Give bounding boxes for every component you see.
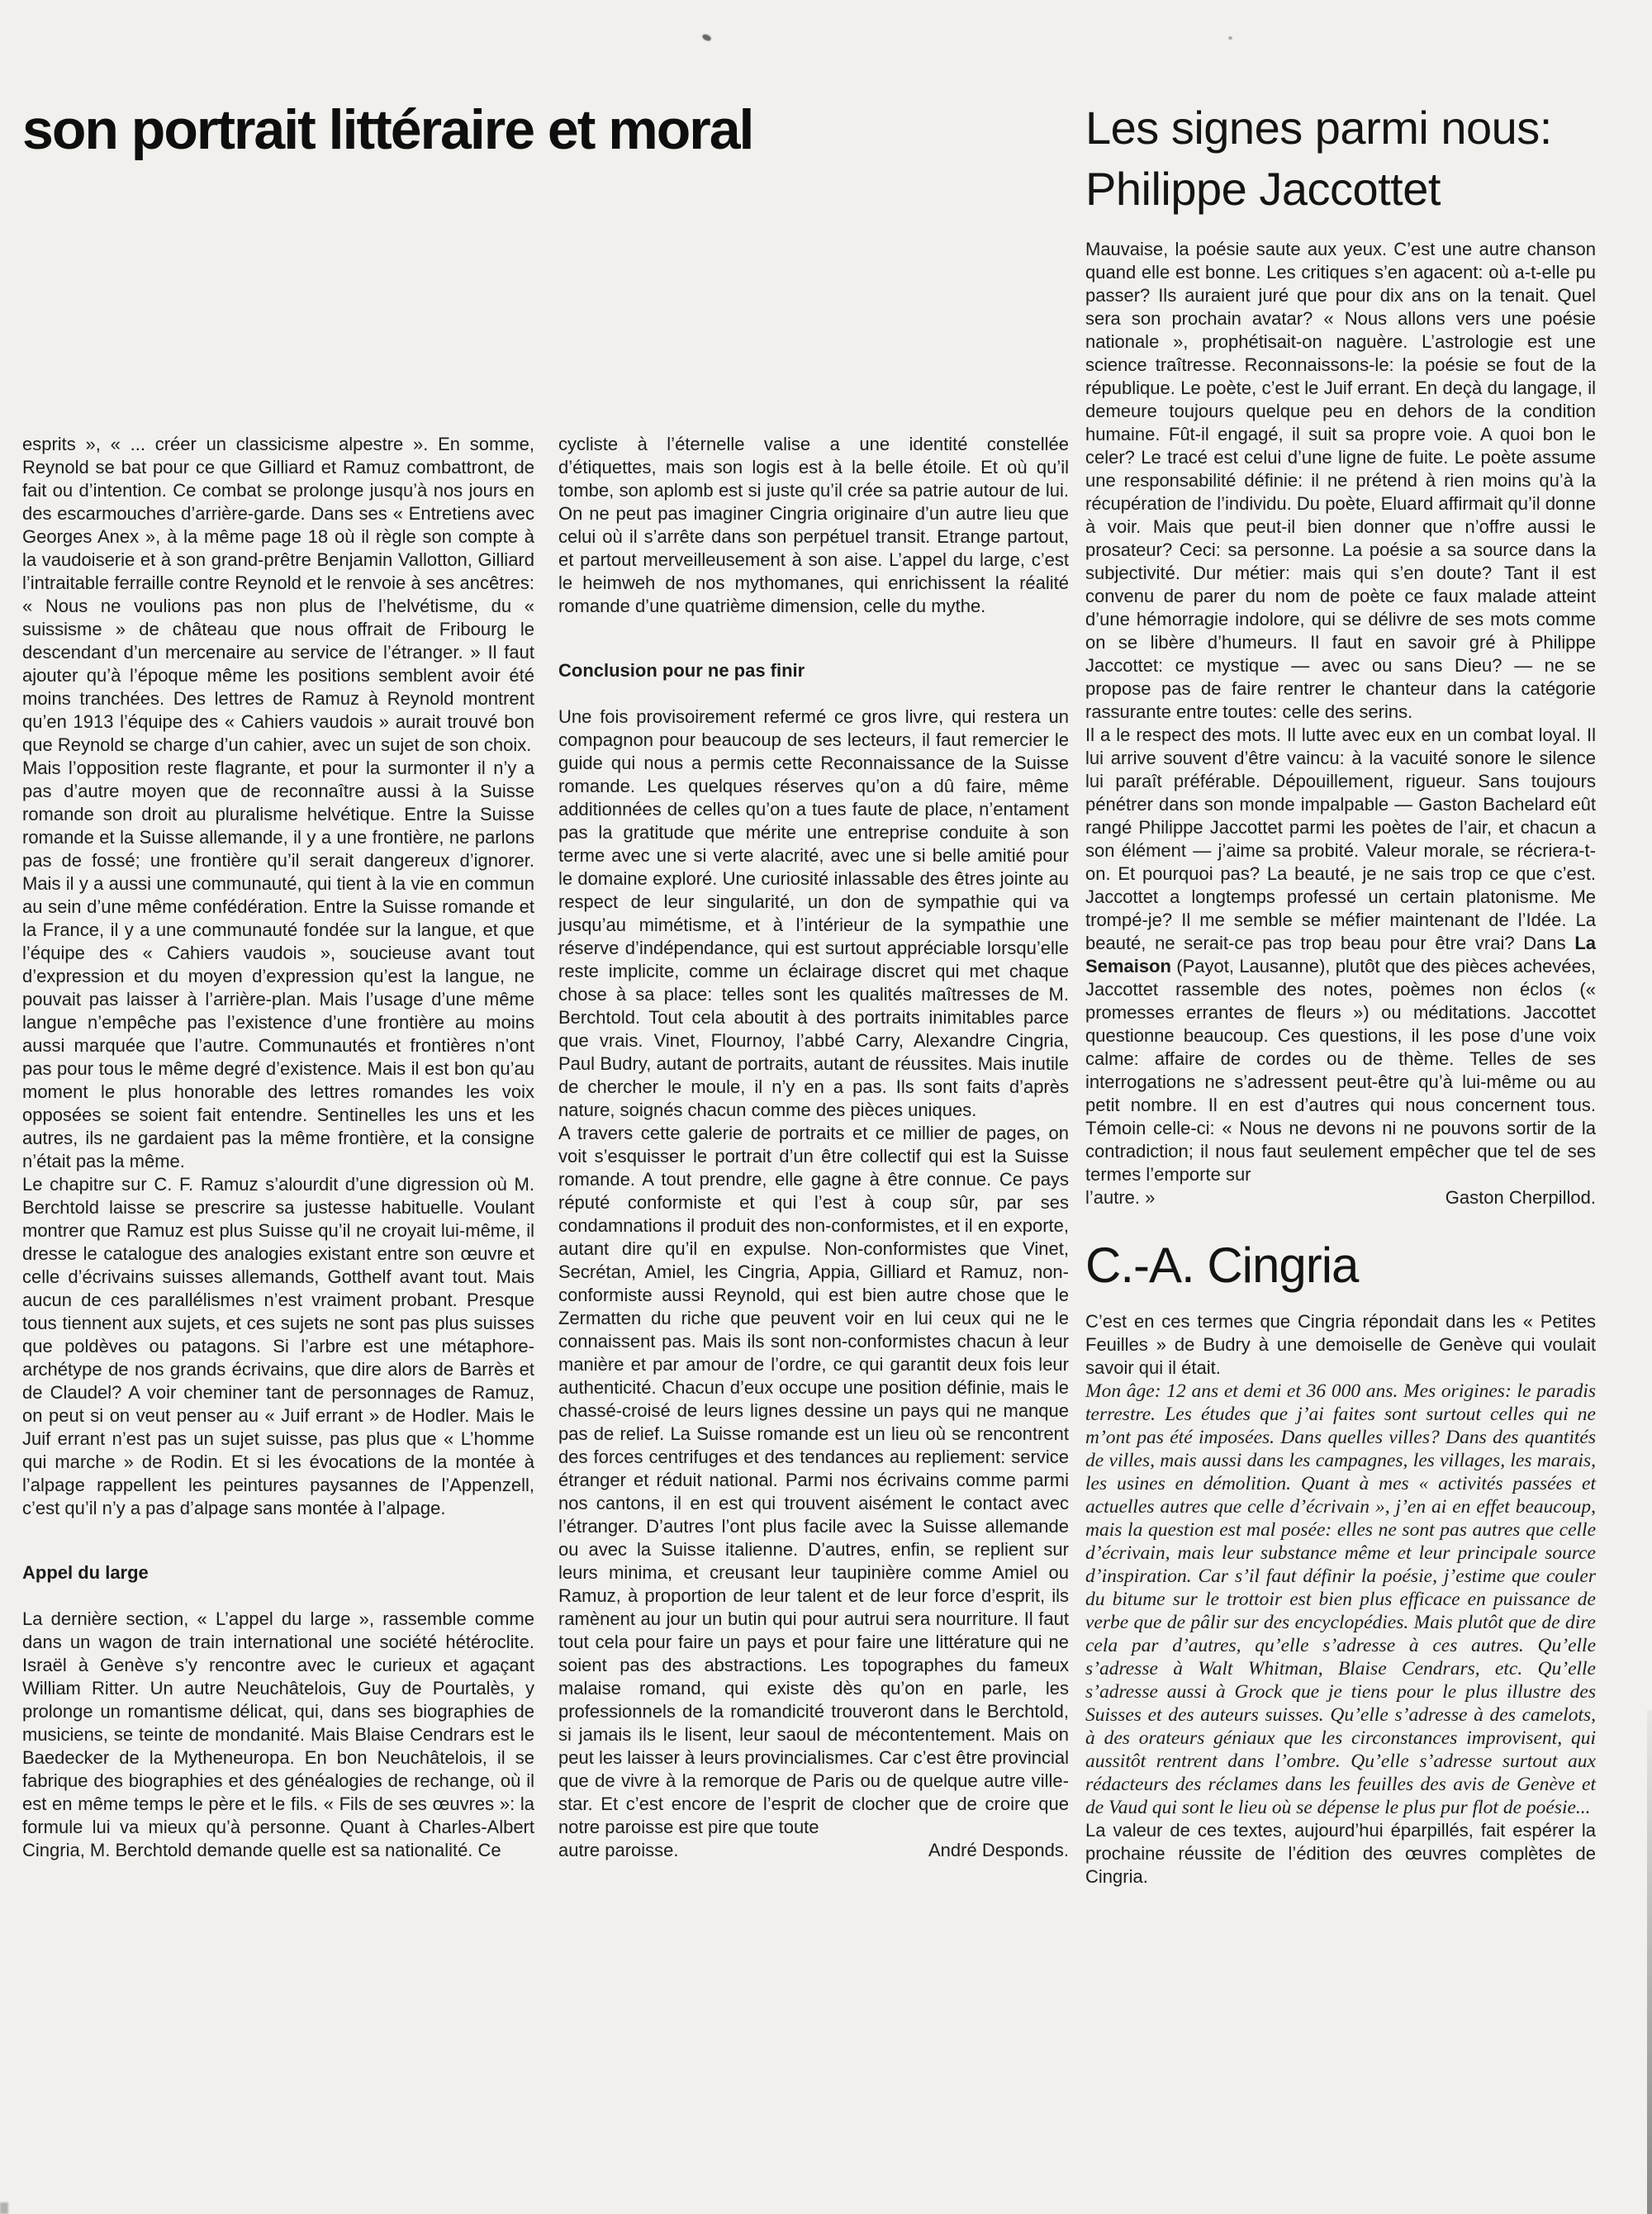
article2-paragraph: Il a le respect des mots. Il lutte avec … (1085, 724, 1596, 1186)
article2-title-line2: Philippe Jaccottet (1085, 163, 1441, 215)
scan-edge-shadow (1647, 1710, 1652, 2214)
subhead-appel-du-large: Appel du large (22, 1561, 534, 1584)
scan-speck (701, 33, 712, 43)
article2-text: Il a le respect des mots. Il lutte avec … (1085, 725, 1596, 953)
article1-closing-line: autre paroisse. André Desponds. (558, 1839, 1069, 1862)
article1-closing-text: autre paroisse. (558, 1839, 679, 1862)
article1-paragraph: A travers cette galerie de portraits et … (558, 1122, 1069, 1839)
article1-paragraph: Une fois provisoirement refermé ce gros … (558, 706, 1069, 1122)
magazine-page: son portrait littéraire et moral esprits… (0, 0, 1652, 2214)
article3-quote-italic: Mon âge: 12 ans et demi et 36 000 ans. M… (1085, 1380, 1596, 1819)
article1-column-2: cycliste à l’éternelle valise a une iden… (558, 433, 1069, 1862)
article2-title-line1: Les signes parmi nous: (1085, 102, 1552, 154)
article2-title: Les signes parmi nous:Philippe Jaccottet (1085, 97, 1596, 220)
article1-paragraph: cycliste à l’éternelle valise a une iden… (558, 433, 1069, 618)
article1-paragraph: La dernière section, « L’appel du large … (22, 1608, 534, 1862)
right-column: Les signes parmi nous:Philippe Jaccottet… (1085, 97, 1596, 1889)
subhead-conclusion: Conclusion pour ne pas finir (558, 659, 1069, 682)
article3-intro: C’est en ces termes que Cingria répondai… (1085, 1310, 1596, 1380)
article1-column-1: esprits », « ... créer un classicisme al… (22, 433, 534, 1862)
article1-paragraph: Le chapitre sur C. F. Ramuz s’alourdit d… (22, 1173, 534, 1520)
article2-text: (Payot, Lausanne), plutôt que des pièces… (1085, 956, 1596, 1185)
article2-closing-text: l’autre. » (1085, 1186, 1155, 1209)
article1-paragraph: Mais l’opposition reste flagrante, et po… (22, 757, 534, 1173)
article1-paragraph: esprits », « ... créer un classicisme al… (22, 433, 534, 757)
scan-speck-small (1228, 36, 1232, 40)
article2-author-signature: Gaston Cherpillod. (1445, 1186, 1596, 1209)
article3-outro: La valeur de ces textes, aujourd’hui épa… (1085, 1819, 1596, 1889)
scan-corner-mark (0, 2202, 8, 2214)
article2-paragraph: Mauvaise, la poésie saute aux yeux. C’es… (1085, 238, 1596, 724)
article3-title: C.-A. Cingria (1085, 1239, 1596, 1292)
article2-closing-line: l’autre. » Gaston Cherpillod. (1085, 1186, 1596, 1209)
article1-title: son portrait littéraire et moral (22, 101, 752, 159)
article1-author-signature: André Desponds. (928, 1839, 1069, 1862)
